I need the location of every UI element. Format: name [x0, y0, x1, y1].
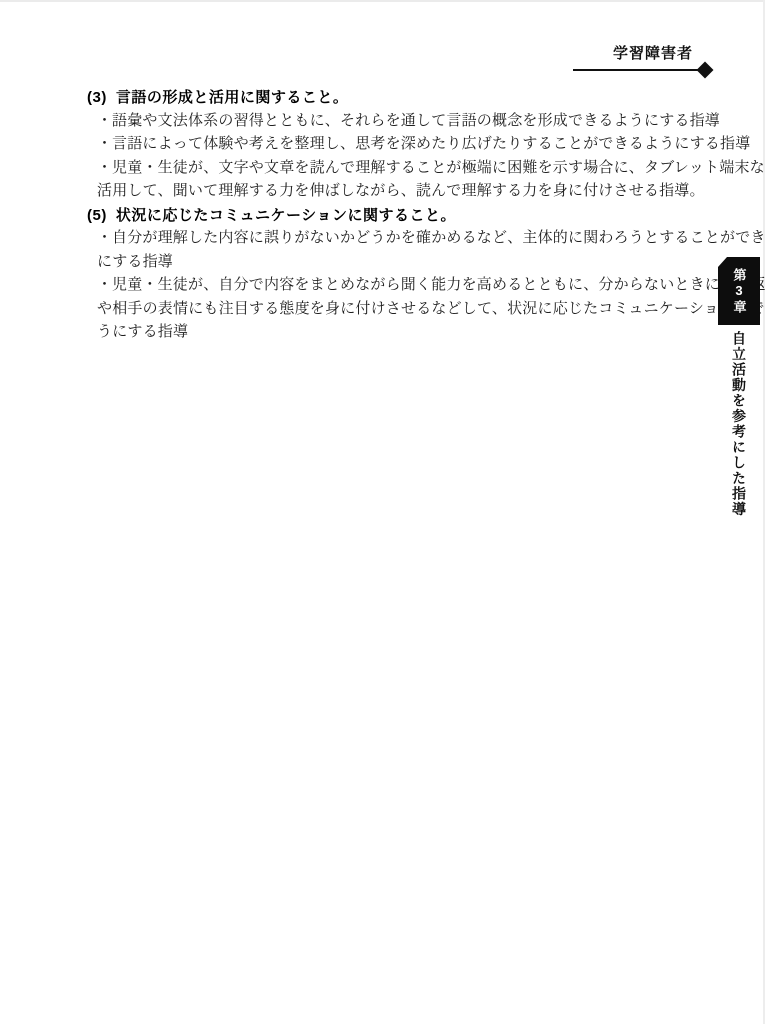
chapter-tab: 第3章	[718, 257, 760, 325]
chapter-title: 自立活動を参考にした指導	[729, 331, 749, 517]
bullet-icon: ・	[97, 227, 112, 251]
list-item-text: 語彙や文法体系の習得とともに、それらを通して言語の概念を形成できるようにする指導	[112, 113, 720, 129]
section-heading-text: 言語の形成と活用に関すること。	[116, 89, 349, 106]
running-head: 学習障害者	[0, 42, 717, 63]
bullet-icon: ・	[97, 274, 112, 298]
section-heading: (3)言語の形成と活用に関すること。	[87, 86, 699, 110]
section-number: (3)	[87, 89, 107, 106]
bullet-icon: ・	[97, 110, 112, 134]
list-item-text: 児童・生徒が、自分で内容をまとめながら聞く能力を高めるとともに、分からないときに…	[112, 277, 765, 293]
list-item-text: 言語によって体験や考えを整理し、思考を深めたり広げたりすることができるようにする…	[112, 136, 750, 152]
section-heading-text: 状況に応じたコミュニケーションに関すること。	[116, 207, 456, 224]
list-item-continuation: 活用して、聞いて理解する力を伸ばしながら、読んで理解する力を身に付けさせる指導。	[97, 180, 699, 204]
list-item: ・語彙や文法体系の習得とともに、それらを通して言語の概念を形成できるようにする指…	[97, 110, 699, 134]
bullet-icon: ・	[97, 133, 112, 157]
chapter-title-wrap: 自立活動を参考にした指導	[718, 331, 760, 517]
list-item-text: 児童・生徒が、文字や文章を読んで理解することが極端に困難を示す場合に、タブレット…	[112, 160, 765, 176]
diamond-ornament-icon	[697, 62, 714, 79]
bullet-icon: ・	[97, 157, 112, 181]
document-body: (3)言語の形成と活用に関すること。 ・語彙や文法体系の習得とともに、それらを通…	[87, 86, 699, 345]
chapter-number: 第3章	[730, 268, 749, 315]
section-heading: (5)状況に応じたコミュニケーションに関すること。	[87, 204, 699, 228]
list-item-continuation: うにする指導	[97, 321, 699, 345]
running-head-label: 学習障害者	[613, 42, 693, 63]
list-item: ・児童・生徒が、文字や文章を読んで理解することが極端に困難を示す場合に、タブレッ…	[97, 157, 699, 181]
list-item: ・児童・生徒が、自分で内容をまとめながら聞く能力を高めるとともに、分からないとき…	[97, 274, 699, 298]
page-edge-top	[0, 0, 765, 2]
document-page: 学習障害者 (3)言語の形成と活用に関すること。 ・語彙や文法体系の習得とともに…	[0, 0, 765, 1024]
list-item-continuation: にする指導	[97, 251, 699, 275]
list-item: ・自分が理解した内容に誤りがないかどうかを確かめるなど、主体的に関わろうとするこ…	[97, 227, 699, 251]
list-item-continuation: や相手の表情にも注目する態度を身に付けさせるなどして、状況に応じたコミュニケーシ…	[97, 298, 699, 322]
list-item: ・言語によって体験や考えを整理し、思考を深めたり広げたりすることができるようにす…	[97, 133, 699, 157]
section-number: (5)	[87, 207, 107, 224]
list-item-text: 自分が理解した内容に誤りがないかどうかを確かめるなど、主体的に関わろうとすること…	[112, 230, 765, 246]
header-rule	[573, 69, 711, 71]
